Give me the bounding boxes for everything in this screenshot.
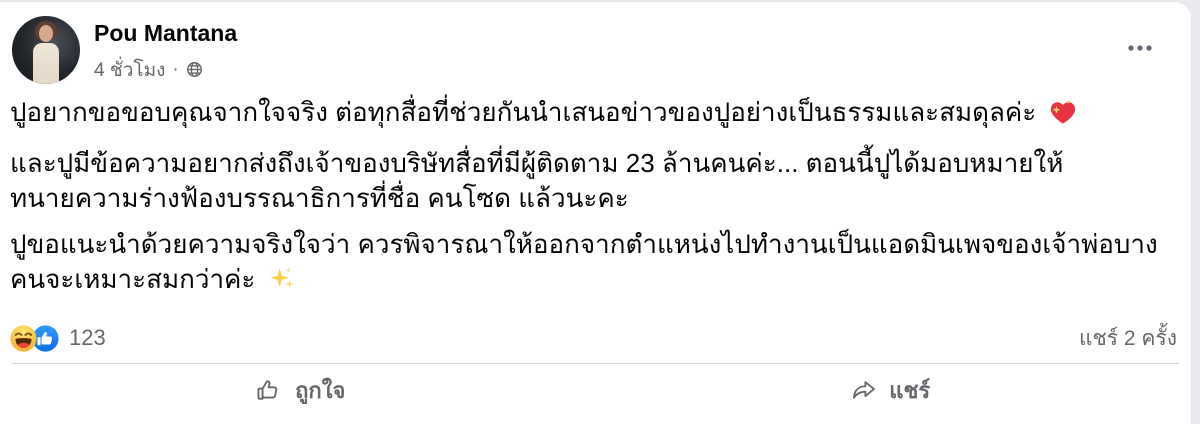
share-count[interactable]: แชร์ 2 ครั้ง [1079, 322, 1177, 355]
more-options-button[interactable] [1121, 38, 1159, 58]
share-button-label: แชร์ [889, 373, 930, 408]
post-paragraph: และปูมีข้อความอยากส่งถึงเจ้าของบริษัทสื่… [10, 146, 1179, 216]
author-name[interactable]: Pou Mantana [94, 20, 237, 48]
meta-separator: · [172, 59, 178, 81]
timestamp[interactable]: 4 ชั่วโมง [94, 55, 165, 85]
share-button[interactable]: แชร์ [596, 366, 1186, 415]
action-bar: ถูกใจ แชร์ [0, 364, 1191, 417]
post-header: Pou Mantana 4 ชั่วโมง · [0, 2, 1191, 89]
avatar-face [39, 25, 53, 42]
sparkles-icon [267, 265, 297, 302]
facebook-post-card: Pou Mantana 4 ชั่วโมง · [0, 2, 1191, 424]
post-meta: 4 ชั่วโมง · [94, 55, 237, 85]
sparkling-heart-icon [1048, 98, 1078, 135]
ellipsis-icon [1127, 40, 1153, 55]
reactions-summary[interactable]: 123 [10, 325, 106, 352]
avatar-dress [33, 43, 59, 84]
avatar[interactable] [12, 16, 80, 84]
post-paragraph: ปูอยากขอขอบคุณจากใจจริง ต่อทุกสื่อที่ช่ว… [10, 95, 1179, 135]
post-paragraph: ปูขอแนะนำด้วยความจริงใจว่า ควรพิจารณาให้… [10, 227, 1179, 302]
globe-icon [186, 61, 203, 78]
share-arrow-icon [850, 376, 878, 404]
like-button-label: ถูกใจ [295, 373, 345, 408]
like-button[interactable]: ถูกใจ [6, 366, 596, 415]
reaction-count: 123 [69, 325, 106, 351]
haha-reaction-icon [10, 325, 37, 352]
engagement-bar: 123 แชร์ 2 ครั้ง [0, 313, 1191, 363]
post-content: ปูอยากขอขอบคุณจากใจจริง ต่อทุกสื่อที่ช่ว… [0, 89, 1191, 302]
thumbs-up-outline-icon [256, 376, 284, 404]
